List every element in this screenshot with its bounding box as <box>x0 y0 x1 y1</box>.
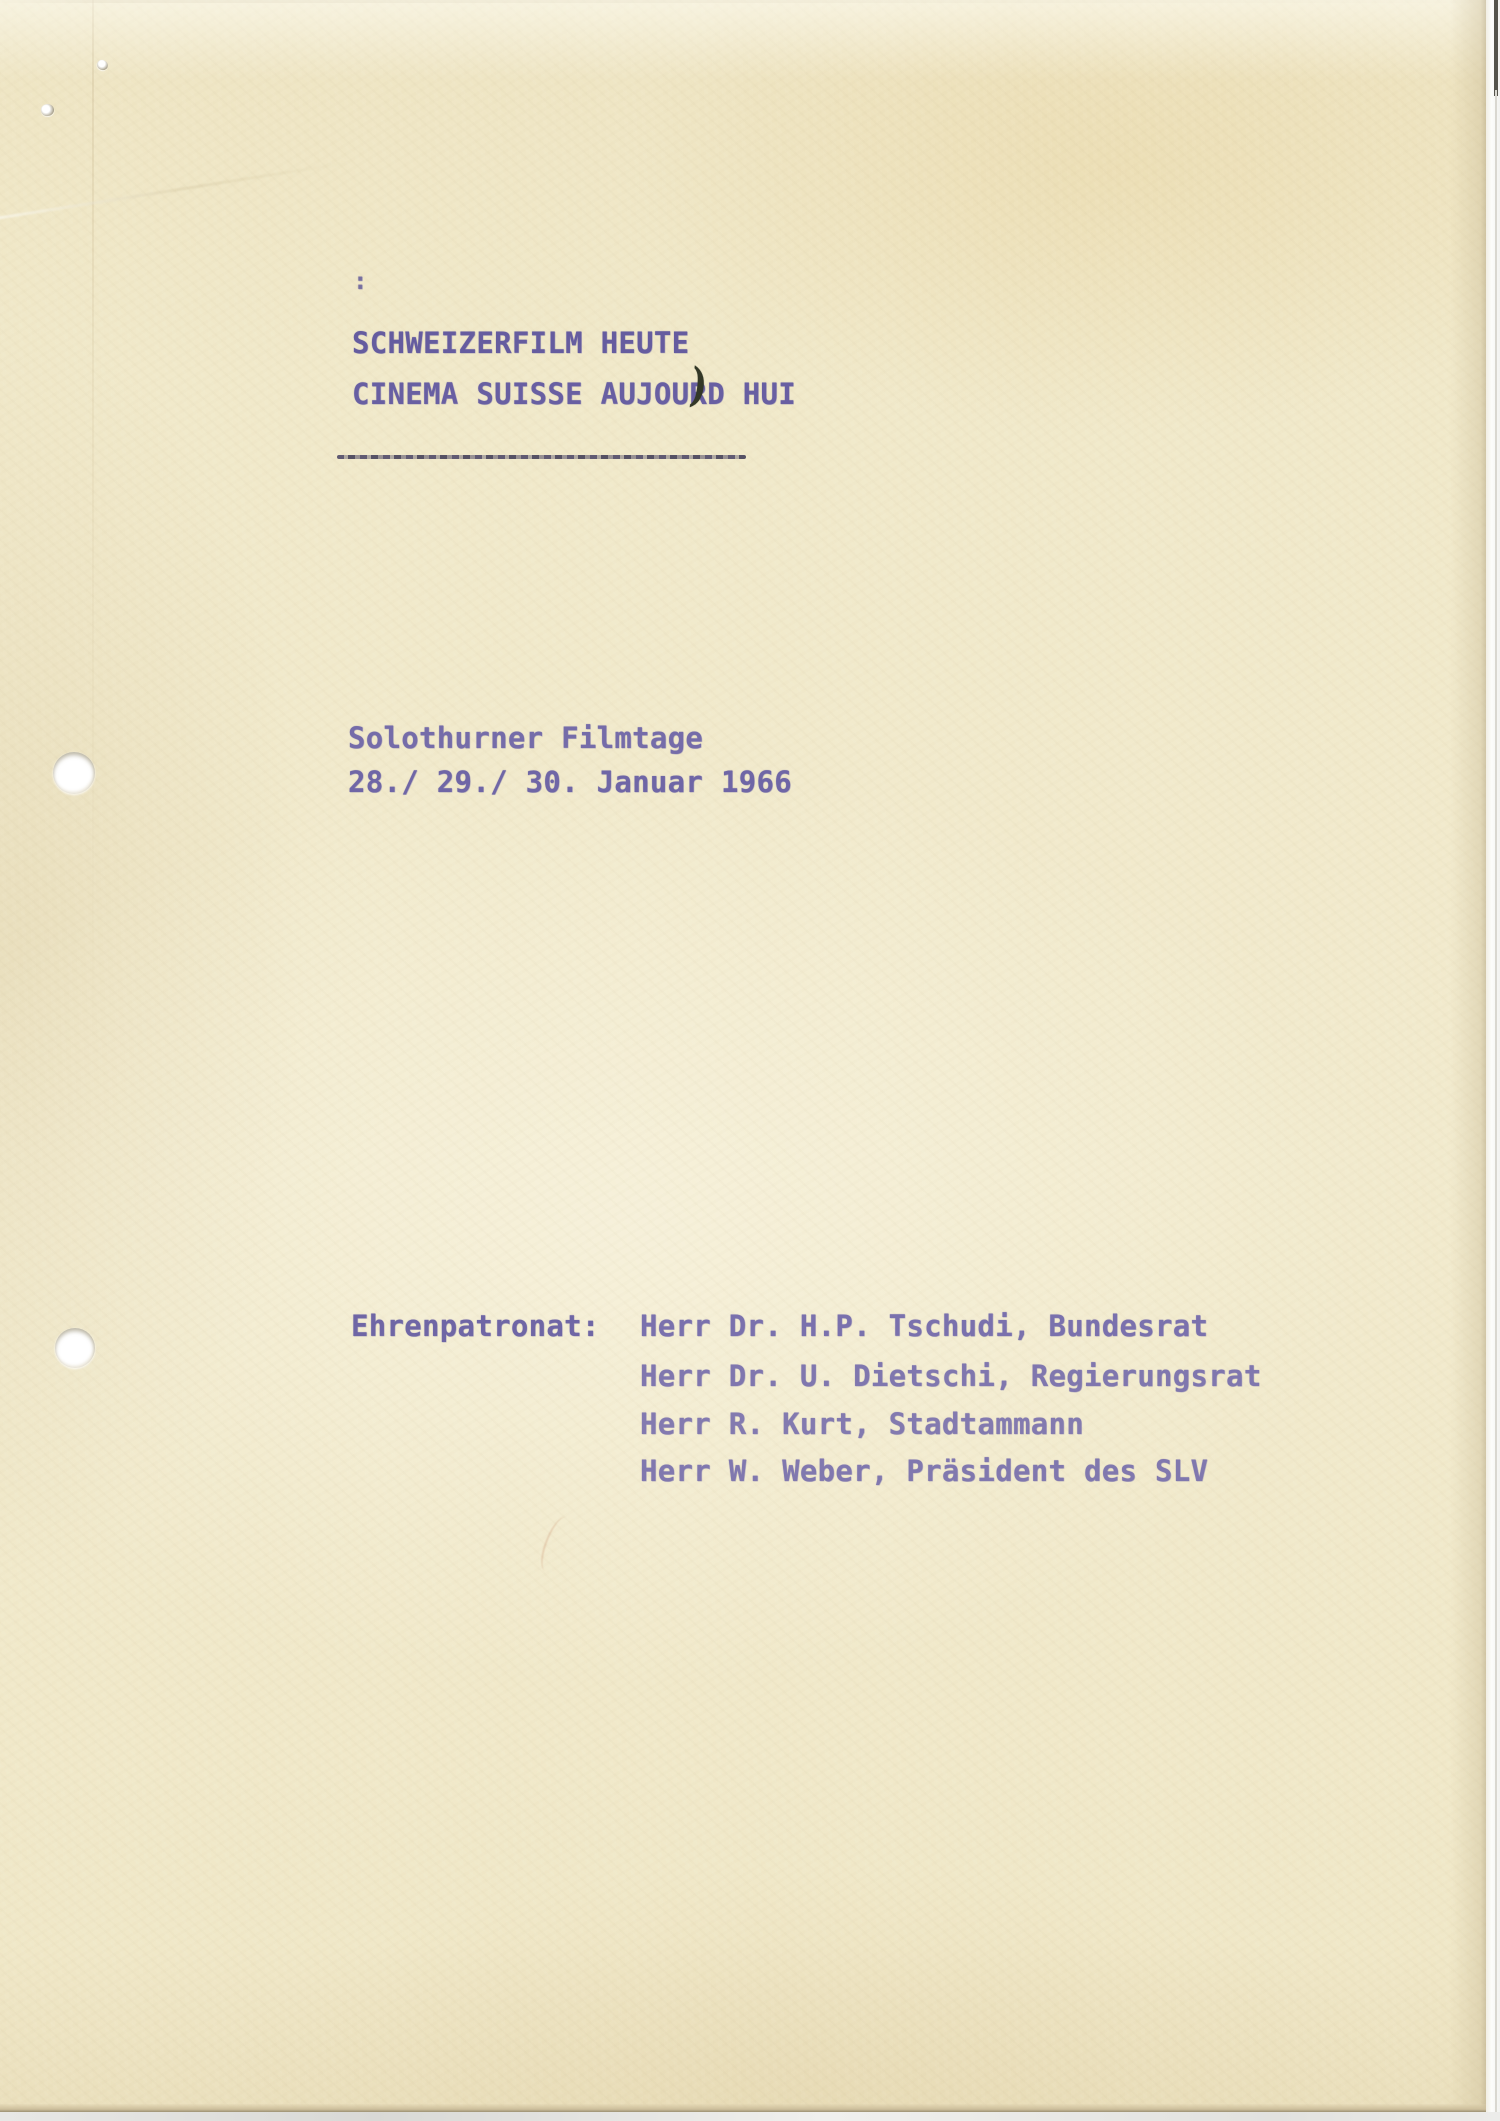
paper-bottom-edge <box>0 2104 1486 2112</box>
title-underline <box>337 455 746 459</box>
title-line-1: SCHWEIZERFILM HEUTE <box>352 325 689 361</box>
fold-crease-vertical <box>92 0 94 1050</box>
punch-hole-top <box>53 752 95 794</box>
patronage-member: Herr W. Weber, Präsident des SLV <box>640 1453 1208 1489</box>
paper-grain-texture <box>0 0 1486 2112</box>
patronage-member: Herr Dr. H.P. Tschudi, Bundesrat <box>640 1308 1208 1344</box>
faint-colon-mark: : <box>353 263 368 299</box>
paper-right-edge-shadow <box>1450 0 1486 2112</box>
event-name: Solothurner Filmtage <box>348 720 703 756</box>
punch-hole-bottom <box>55 1328 95 1368</box>
patronage-member: Herr Dr. U. Dietschi, Regierungsrat <box>640 1358 1262 1394</box>
patronage-label: Ehrenpatronat: <box>351 1308 600 1344</box>
scanner-background-bottom <box>0 2112 1500 2121</box>
event-dates: 28./ 29./ 30. Januar 1966 <box>348 764 792 800</box>
scanner-background-right <box>1486 0 1500 2121</box>
title-line-2: CINEMA SUISSE AUJOURD HUI <box>352 376 796 412</box>
scanner-edge-faint-line <box>1495 90 1497 2121</box>
scanned-document: : SCHWEIZERFILM HEUTE CINEMA SUISSE AUJO… <box>0 0 1500 2121</box>
scanner-edge-dark-line <box>1494 0 1498 96</box>
patronage-member: Herr R. Kurt, Stadtammann <box>640 1406 1084 1442</box>
fold-highlight-band <box>0 0 1486 80</box>
paper-page: : SCHWEIZERFILM HEUTE CINEMA SUISSE AUJO… <box>0 0 1486 2112</box>
